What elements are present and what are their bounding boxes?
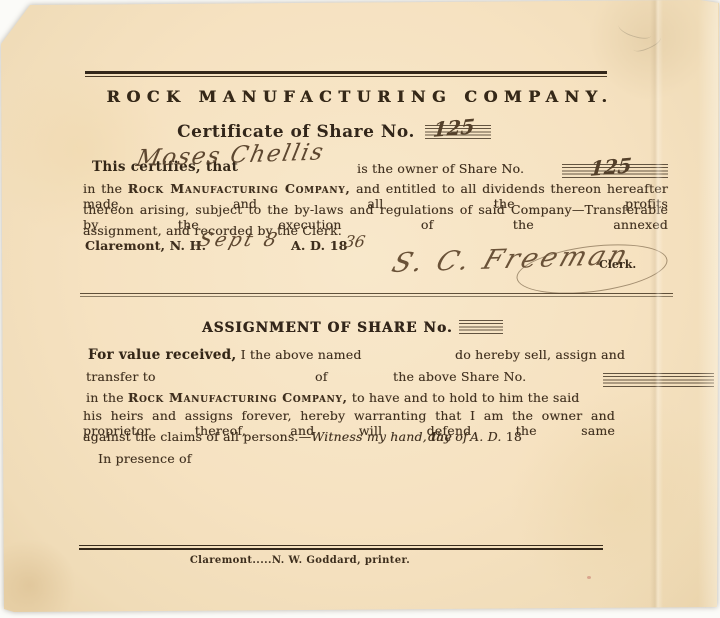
body-line1-pre: in the — [83, 181, 122, 196]
above-share-label: the above Share No. — [393, 369, 526, 384]
of-label: of — [315, 369, 328, 384]
certificate-document: ROCK MANUFACTURING COMPANY. Certificate … — [0, 0, 720, 618]
assignment-company-smallcaps: Rock Manufacturing Company, — [128, 390, 348, 405]
assignment-line3-post: to have and to hold to him the said — [352, 390, 580, 405]
for-value-label: For value received, — [88, 347, 236, 363]
year-handwritten: 36 — [343, 232, 367, 251]
assignment-heading: ASSIGNMENT OF SHARE No. — [202, 320, 503, 336]
owner-suffix-label: is the owner of Share No. — [357, 161, 524, 176]
assignment-line3: in the Rock Manufacturing Company, to ha… — [86, 390, 580, 405]
assignment-line5: against the claims of all persons.—Witne… — [83, 429, 452, 444]
company-title: ROCK MANUFACTURING COMPANY. — [0, 87, 720, 106]
assignment-line3-pre: in the — [86, 390, 124, 405]
share-number-handwritten: 125 — [432, 114, 476, 142]
assignment-line1-rest: I the above named — [241, 347, 362, 362]
owner-share-number-handwritten: 125 — [589, 153, 633, 181]
above-share-number-ruled-lines — [603, 373, 714, 387]
bottom-double-rule — [79, 545, 603, 550]
year-prefix-label: A. D. 18 — [291, 238, 348, 253]
ad-year-label: A. D. 18 — [470, 429, 522, 444]
section-divider-rule — [80, 293, 673, 297]
company-name-smallcaps: Rock Manufacturing Company, — [128, 181, 351, 196]
ad-year-printed: 18 — [506, 429, 522, 444]
presence-label: In presence of — [98, 451, 192, 466]
certificate-heading-label: Certificate of Share No. — [177, 122, 415, 142]
date-handwritten: Sept 8 — [196, 229, 282, 251]
transfer-label: transfer to — [86, 369, 156, 384]
ink-spot — [587, 576, 591, 579]
share-number-ruled-lines: 125 — [425, 125, 491, 139]
assignment-heading-label: ASSIGNMENT OF SHARE No. — [202, 320, 453, 336]
clerk-label: Clerk. — [599, 258, 636, 271]
against-claims-label: against the claims of all persons.— — [83, 429, 311, 444]
owner-name-handwritten: Moses Chellis — [134, 139, 327, 172]
assignment-line1-left: For value received, I the above named — [88, 347, 362, 363]
top-double-rule — [85, 71, 607, 77]
body-line-3: assignment, and recorded by the Clerk. — [83, 223, 668, 238]
certificate-heading: Certificate of Share No. 125 — [0, 122, 694, 142]
ad-label: A. D. — [470, 429, 502, 444]
owner-share-number-ruled-lines: 125 — [562, 164, 668, 178]
day-of-label: day of — [428, 429, 468, 444]
printer-credit: Claremont.....N. W. Goddard, printer. — [190, 555, 410, 566]
assignment-line1-right: do hereby sell, assign and — [455, 347, 625, 362]
assignment-share-number-ruled-lines — [459, 320, 503, 334]
place-label: Claremont, N. H. — [85, 238, 206, 253]
paper-sheet: ROCK MANUFACTURING COMPANY. Certificate … — [0, 0, 720, 618]
